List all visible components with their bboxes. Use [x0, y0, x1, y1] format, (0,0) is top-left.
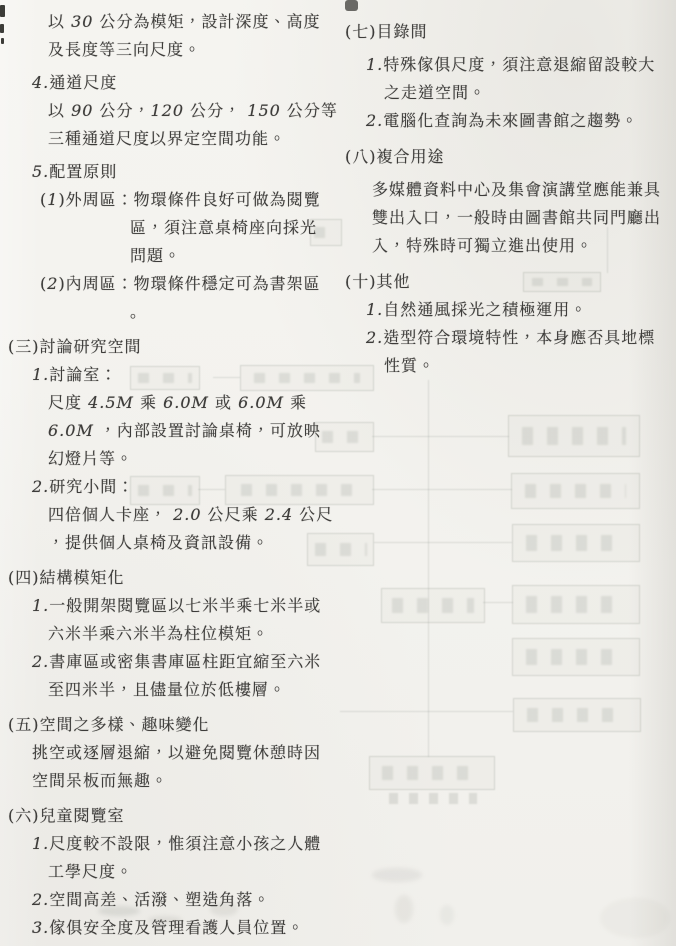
- text-line: 問題。: [130, 242, 340, 270]
- text-line: 性質。: [384, 352, 671, 380]
- text-line: 及長度等三向尺度。: [48, 36, 340, 64]
- text-line: 1.特殊傢俱尺度，須注意退縮留設較大: [366, 51, 671, 79]
- text-line: 4.通道尺度: [32, 69, 340, 97]
- text-line: 雙出入口，一般時由圖書館共同門廳出: [372, 204, 671, 232]
- text-line: (六)兒童閱覽室: [8, 802, 340, 830]
- text-line: 幻燈片等。: [48, 445, 340, 473]
- text-line: ，提供個人桌椅及資訊設備。: [48, 529, 340, 557]
- text-line: 1.自然通風採光之積極運用。: [366, 296, 671, 324]
- text-line: (五)空間之多樣、趣味變化: [8, 711, 340, 739]
- scan-speck: [0, 5, 5, 17]
- text-line: 六米半乘六米半為柱位模矩。: [48, 620, 340, 648]
- bleed-through-box: [369, 756, 495, 790]
- bleed-through-line: [372, 436, 509, 437]
- text-line: 6.0M ，內部設置討論桌椅，可放映: [48, 417, 340, 445]
- bleed-through-line: [483, 602, 513, 603]
- scan-smudge: [372, 868, 422, 882]
- bleed-through-box: [512, 585, 640, 624]
- text-line: 之走道空間。: [384, 79, 671, 107]
- scan-speck: [0, 24, 4, 33]
- text-line: 。: [130, 298, 340, 326]
- text-line: 1.討論室：: [32, 361, 340, 389]
- text-line: 四倍個人卡座， 2.0 公尺乘 2.4 公尺: [48, 501, 340, 529]
- bleed-through-box: [512, 524, 640, 562]
- text-line: 入，特殊時可獨立進出使用。: [372, 232, 671, 260]
- text-line: (三)討論研究空間: [8, 333, 340, 361]
- text-line: 區，須注意桌椅座向採光: [130, 214, 340, 242]
- scan-smudge: [440, 905, 454, 925]
- text-line: 5.配置原則: [32, 158, 340, 186]
- text-line: 1.尺度較不設限，惟須注意小孩之人體: [32, 830, 340, 858]
- scan-smudge: [395, 895, 413, 923]
- text-line: 以 90 公分，120 公分， 150 公分等: [48, 97, 340, 125]
- text-line: (1)外周區：物環條件良好可做為閱覽: [40, 186, 340, 214]
- bleed-through-caption: [389, 793, 477, 804]
- text-line: (2)內周區：物環條件穩定可為書架區: [40, 270, 340, 298]
- text-line: 1.一般開架閱覽區以七米半乘七米半或: [32, 592, 340, 620]
- text-line: (七)目錄間: [345, 18, 671, 46]
- bleed-through-line: [374, 542, 512, 543]
- text-line: 2.書庫區或密集書庫區柱距宜縮至六米: [32, 648, 340, 676]
- bleed-through-box: [508, 415, 640, 457]
- bleed-through-box: [513, 698, 641, 732]
- bleed-through-box: [512, 638, 640, 676]
- bleed-through-box: [381, 588, 485, 623]
- bleed-through-line: [340, 711, 513, 712]
- text-line: 2.空間高差、活潑、塑造角落。: [32, 886, 340, 914]
- text-line: 2.研究小間：: [32, 473, 340, 501]
- text-line: (八)複合用途: [345, 143, 671, 171]
- text-line: 以 30 公分為模矩，設計深度、高度: [48, 8, 340, 36]
- bleed-through-box: [511, 473, 640, 509]
- bleed-through-line: [372, 489, 512, 490]
- text-line: 尺度 4.5M 乘 6.0M 或 6.0M 乘: [48, 389, 340, 417]
- text-line: (四)結構模矩化: [8, 564, 340, 592]
- scan-smudge: [600, 898, 670, 938]
- text-line: 2.造型符合環境特性，本身應否具地標: [366, 324, 671, 352]
- text-line: 2.電腦化查詢為未來圖書館之趨勢。: [366, 107, 671, 135]
- text-column-left: 以 30 公分為模矩，設計深度、高度及長度等三向尺度。4.通道尺度以 90 公分…: [8, 0, 340, 942]
- scanned-page: 以 30 公分為模矩，設計深度、高度及長度等三向尺度。4.通道尺度以 90 公分…: [0, 0, 676, 946]
- text-line: 至四米半，且儘量位於低樓層。: [48, 676, 340, 704]
- text-column-right: (七)目錄間1.特殊傢俱尺度，須注意退縮留設較大之走道空間。2.電腦化查詢為未來…: [345, 0, 671, 380]
- text-line: (十)其他: [345, 268, 671, 296]
- text-line: 空間呆板而無趣。: [32, 767, 340, 795]
- text-line: 三種通道尺度以界定空間功能。: [48, 125, 340, 153]
- text-line: 3.傢俱安全度及管理看護人員位置。: [32, 914, 340, 942]
- scan-speck: [1, 38, 4, 44]
- text-line: 多媒體資料中心及集會演講堂應能兼具: [372, 176, 671, 204]
- text-line: 挑空或逐層退縮，以避免閱覽休憩時因: [32, 739, 340, 767]
- text-line: 工學尺度。: [48, 858, 340, 886]
